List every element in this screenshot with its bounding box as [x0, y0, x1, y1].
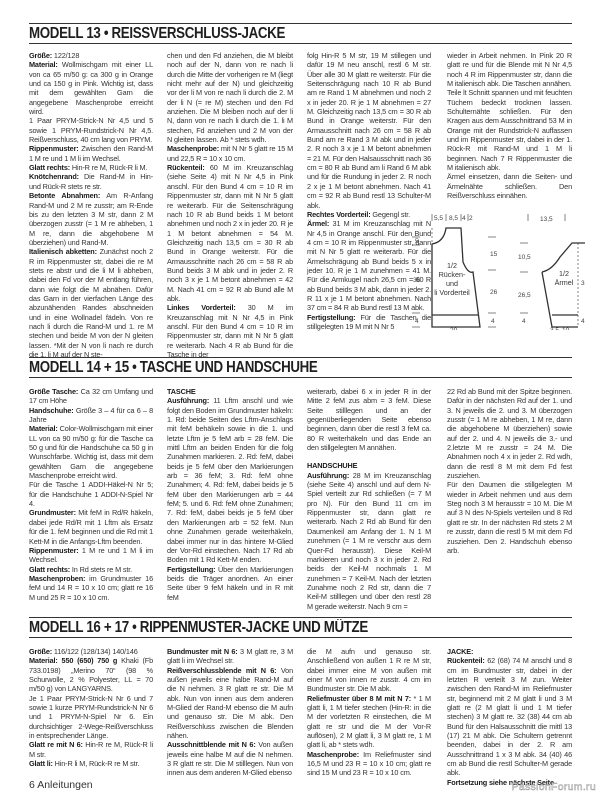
sleeve-dim-left-3: 4	[522, 318, 526, 325]
paragraph-text: 28 M im Kreuzanschlag (siehe Seite 4) an…	[307, 471, 431, 611]
paragraph: Glatt li: Hin-R li M, Rück-R re M str.	[29, 759, 153, 768]
sleeve-dim-bottom-1: 3,5	[550, 327, 559, 330]
paragraph-label: Ärmel:	[307, 219, 329, 228]
paragraph-text: Hin-R li M, Rück-R re M str.	[53, 759, 139, 768]
sleeve-schematic	[520, 214, 585, 327]
paragraph-text: Für die Tasche 1 ADDI-Häkel-N Nr 5; für …	[29, 480, 153, 508]
paragraph-text: Für den Daumen die stillgelegten M wiede…	[447, 480, 572, 554]
paragraph-text: weiterarb, dabei 6 x in jeder R in der M…	[307, 387, 431, 452]
paragraph-label: Rückenteil:	[447, 656, 485, 665]
paragraph-label: Fertigstellung:	[307, 313, 355, 322]
paragraph: JACKE:	[447, 647, 572, 656]
paragraph-label: Reliefmuster über 8 M mit N 7:	[307, 694, 411, 703]
paragraph-label: Grundmuster:	[29, 508, 76, 517]
column-1: Größe Tasche: Ca 32 cm Umfang und 17 cm …	[29, 387, 153, 602]
column-1: Größe: 116/122 (128/134) 140/146Material…	[29, 647, 153, 768]
paragraph-label: Knötchenrand:	[29, 172, 79, 181]
paragraph-text: Ärmel einsetzen, dann die Seiten- und Är…	[447, 172, 572, 200]
paragraph-label: Rückenteil:	[167, 163, 205, 172]
paragraph: Glatt re mit N 6: Hin-R re M, Rück-R li …	[29, 740, 153, 759]
paragraph: chen und den Fd anziehen, die M bleibt n…	[167, 51, 293, 144]
column-3: weiterarb, dabei 6 x in jeder R in der M…	[307, 387, 431, 611]
paragraph-label: Handschuhe:	[29, 406, 74, 415]
paragraph-text: Hin-R re M, Rück-R li M.	[70, 163, 147, 172]
paragraph: Größe: 116/122 (128/134) 140/146	[29, 647, 153, 656]
paragraph: Rückenteil: 60 M im Kreuzanschlag (siehe…	[167, 163, 293, 303]
paragraph-label: Glatt re mit N 6:	[29, 740, 83, 749]
paragraph: Für die Tasche 1 ADDI-Häkel-N Nr 5; für …	[29, 480, 153, 508]
paragraph-label: Rippenmuster:	[29, 546, 79, 555]
paragraph-label: Größe Tasche:	[29, 387, 78, 396]
sleeve-dim-left-1: 10,5	[518, 254, 531, 261]
paragraph: Italienisch abketten: Zunächst noch 2 R …	[29, 247, 153, 359]
paragraph-label: Reißverschlussblende mit N 6:	[167, 666, 276, 675]
body-label-4: li Vorderteil	[434, 288, 470, 297]
paragraph-label: Maschenprobe:	[167, 144, 219, 153]
paragraph: Ausführung: 11 Lftm anschl und wie folgt…	[167, 396, 293, 564]
paragraph: Grundmuster: Mit feM in Rd/R häkeln, dab…	[29, 508, 153, 545]
dim-right-1: 15	[490, 251, 498, 258]
paragraph: folg Hin-R 5 M str, 19 M stillegen und d…	[307, 51, 431, 210]
paragraph-text: Je 1 Paar PRYM-Strick-N Nr 6 und 7 sowie…	[29, 694, 153, 740]
paragraph: Maschenprobe: mit N Nr 5 glatt re 15 M u…	[167, 144, 293, 163]
sleeve-dim-left-2: 26,5	[518, 292, 531, 299]
paragraph: Maschenproben: im Grundmuster 16 feM und…	[29, 574, 153, 602]
dim-top-1: 5,5	[434, 215, 443, 222]
paragraph-text: Zunächst noch 2 R im Rippenmuster str, d…	[29, 247, 153, 359]
paragraph-label: Betonte Abnahmen:	[29, 191, 100, 200]
paragraph-label: Ausführung:	[167, 396, 209, 405]
paragraph-label: Größe:	[29, 51, 52, 60]
paragraph: Material: Wollmischgarn mit einer LL von…	[29, 60, 153, 116]
paragraph-text: 22 Rd ab Bund mit der Spitze beginnen. D…	[447, 387, 572, 480]
paragraph-label: Glatt rechts:	[29, 163, 70, 172]
paragraph-label: Glatt li:	[29, 759, 53, 768]
column-4: JACKE:Rückenteil: 62 (68) 74 M anschl un…	[447, 647, 572, 787]
paragraph: Maschenprobe: Im Reliefmuster sind 16,5 …	[307, 750, 431, 778]
paragraph: Reliefmuster über 8 M mit N 7: * 1 M gla…	[307, 694, 431, 750]
paragraph: Größe Tasche: Ca 32 cm Umfang und 17 cm …	[29, 387, 153, 406]
page-footer: 6 Anleitungen	[29, 779, 93, 791]
paragraph: Betonte Abnahmen: Am R-Anfang Rand-M und…	[29, 191, 153, 247]
schematic-diagram: 5,5 8,5 4 2 5 36 4 15 26 4 20 1/2 Rücken…	[360, 212, 585, 330]
paragraph-label: Ausführung:	[307, 471, 349, 480]
section-header: MODELL 13 • REISSVERSCHLUSS-JACKE	[29, 23, 572, 44]
paragraph-label: Material: 550 (650) 750 g	[29, 656, 117, 665]
paragraph: Reißverschlussblende mit N 6: Von außen …	[167, 666, 293, 741]
paragraph-gap	[307, 452, 431, 461]
section-header: MODELL 16 + 17 • RIPPENMUSTER-JACKE UND …	[29, 617, 572, 638]
paragraph-label: Material:	[29, 424, 58, 433]
page-number: 6	[29, 779, 35, 791]
paragraph-text: 11 Lftm anschl und wie folgt den Boden i…	[167, 396, 293, 564]
paragraph-text: 60 M im Kreuzanschlag (siehe Seite 4) mi…	[167, 163, 293, 303]
paragraph: Rippenmuster: Zwischen den Rand-M 1 M re…	[29, 144, 153, 163]
column-1: Größe: 122/128Material: Wollmischgarn mi…	[29, 51, 153, 359]
column-4: wieder in Arbeit nehmen. In Pink 20 R gl…	[447, 51, 572, 201]
column-4: 22 Rd ab Bund mit der Spitze beginnen. D…	[447, 387, 572, 555]
dim-left-2: 36	[413, 277, 421, 284]
section-title: MODELL 16 + 17 • RIPPENMUSTER-JACKE UND …	[29, 619, 368, 637]
paragraph-label: JACKE:	[447, 647, 473, 656]
section-modell-16-17: MODELL 16 + 17 • RIPPENMUSTER-JACKE UND …	[29, 617, 572, 777]
paragraph: Ausschnittblende mit N 6: Von außen jewe…	[167, 740, 293, 777]
dim-left-1: 5	[415, 238, 419, 245]
paragraph-label: Material:	[29, 60, 58, 69]
paragraph: 22 Rd ab Bund mit der Spitze beginnen. D…	[447, 387, 572, 480]
column-3: die M aufn und genauso str. Anschließend…	[307, 647, 431, 778]
paragraph-label: Fertigstellung:	[167, 565, 215, 574]
paragraph-label: Maschenprobe:	[307, 750, 359, 759]
dim-right-3: 4	[491, 318, 495, 325]
sleeve-label-2: Ärmel	[555, 278, 574, 287]
paragraph-label: TASCHE	[167, 387, 196, 396]
section-title: MODELL 13 • REISSVERSCHLUSS-JACKE	[29, 25, 285, 43]
paragraph: Ärmel einsetzen, dann die Seiten- und Är…	[447, 172, 572, 200]
paragraph: weiterarb, dabei 6 x in jeder R in der M…	[307, 387, 431, 452]
sleeve-dim-right-1: 37	[581, 280, 585, 287]
paragraph: TASCHE	[167, 387, 293, 396]
paragraph: Größe: 122/128	[29, 51, 153, 60]
sleeve-dim-right-2: 4	[581, 318, 585, 325]
paragraph: Fertigstellung: Über den Markierungen be…	[167, 565, 293, 602]
body-label-1: 1/2	[447, 261, 457, 270]
paragraph: 1 Paar PRYM-Strick-N Nr 4,5 und 5 sowie …	[29, 116, 153, 144]
paragraph: Rippenmuster: 1 M re und 1 M li im Wechs…	[29, 546, 153, 565]
section-modell-14-15: MODELL 14 + 15 • TASCHE UND HANDSCHUHE G…	[29, 357, 572, 607]
paragraph: HANDSCHUHE	[307, 461, 431, 470]
paragraph: Handschuhe: Größe 3 – 4 für ca 6 – 8 Jah…	[29, 406, 153, 425]
paragraph-text: In Rd stets re M str.	[70, 565, 132, 574]
paragraph: Je 1 Paar PRYM-Strick-N Nr 6 und 7 sowie…	[29, 694, 153, 741]
dim-left-3: 4	[415, 318, 419, 325]
dim-top-2: 8,5	[449, 215, 458, 222]
paragraph-text: folg Hin-R 5 M str, 19 M stillegen und d…	[307, 51, 431, 210]
paragraph: Bundmuster mit N 6: 3 M glatt re, 3 M gl…	[167, 647, 293, 666]
paragraph-text: 62 (68) 74 M anschl und 8 cm im Bundmust…	[447, 656, 572, 777]
paragraph-label: Größe:	[29, 647, 52, 656]
paragraph-text: chen und den Fd anziehen, die M bleibt n…	[167, 51, 293, 144]
watermark: PassionForum.ru	[512, 781, 596, 793]
paragraph: wieder in Arbeit nehmen. In Pink 20 R gl…	[447, 51, 572, 88]
page-label: Anleitungen	[37, 779, 92, 791]
paragraph-label: Rippenmuster:	[29, 144, 79, 153]
paragraph-label: Bundmuster mit N 6:	[167, 647, 238, 656]
paragraph: Ausführung: 28 M im Kreuzanschlag (siehe…	[307, 471, 431, 611]
sleeve-label-1: 1/2	[559, 269, 569, 278]
paragraph-text: Von außen jeweils eine halbe Rand-M auf …	[167, 666, 293, 740]
dim-top-4: 2	[469, 215, 473, 222]
paragraph: Für den Daumen die stillgelegten M wiede…	[447, 480, 572, 555]
column-2: TASCHEAusführung: 11 Lftm anschl und wie…	[167, 387, 293, 602]
column-2: Bundmuster mit N 6: 3 M glatt re, 3 M gl…	[167, 647, 293, 778]
paragraph-label: Italienisch abketten:	[29, 247, 97, 256]
section-title: MODELL 14 + 15 • TASCHE UND HANDSCHUHE	[29, 359, 317, 377]
sleeve-dim-top: 13,5	[540, 216, 553, 223]
dim-top-3: 4	[462, 215, 466, 222]
paragraph: Material: Color-Wollmischgarn mit einer …	[29, 424, 153, 480]
dim-right-2: 26	[490, 289, 498, 296]
paragraph-label: Glatt rechts:	[29, 565, 70, 574]
paragraph: Linkes Vorderteil: 30 M im Kreuzanschlag…	[167, 303, 293, 359]
column-2: chen und den Fd anziehen, die M bleibt n…	[167, 51, 293, 359]
paragraph: Teile lt Schnitt spannen und mit feuchte…	[447, 88, 572, 172]
paragraph-label: Linkes Vorderteil:	[167, 303, 236, 312]
paragraph: Rückenteil: 62 (68) 74 M anschl und 8 cm…	[447, 656, 572, 777]
paragraph-text: 122/128	[52, 51, 79, 60]
body-label-2: Rücken-	[439, 270, 466, 279]
section-header: MODELL 14 + 15 • TASCHE UND HANDSCHUHE	[29, 357, 572, 378]
paragraph: die M aufn und genauso str. Anschließend…	[307, 647, 431, 694]
paragraph-text: die M aufn und genauso str. Anschließend…	[307, 647, 431, 693]
paragraph-text: Teile lt Schnitt spannen und mit feuchte…	[447, 88, 572, 172]
sleeve-dim-bottom-2: 10	[562, 327, 570, 330]
paragraph-text: 1 Paar PRYM-Strick-N Nr 4,5 und 5 sowie …	[29, 116, 153, 144]
body-label-3: und	[446, 279, 458, 288]
paragraph-text: 116/122 (128/134) 140/146	[52, 647, 138, 656]
paragraph: Glatt rechts: In Rd stets re M str.	[29, 565, 153, 574]
paragraph: Glatt rechts: Hin-R re M, Rück-R li M.	[29, 163, 153, 172]
paragraph-text: wieder in Arbeit nehmen. In Pink 20 R gl…	[447, 51, 572, 88]
paragraph-label: Ausschnittblende mit N 6:	[167, 740, 256, 749]
paragraph-label: Maschenproben:	[29, 574, 85, 583]
paragraph-label: HANDSCHUHE	[307, 461, 357, 470]
dim-bottom: 20	[450, 327, 458, 330]
paragraph: Knötchenrand: Die Rand-M in Hin- und Rüc…	[29, 172, 153, 191]
paragraph: Material: 550 (650) 750 g Khaki (Fb 733.…	[29, 656, 153, 693]
